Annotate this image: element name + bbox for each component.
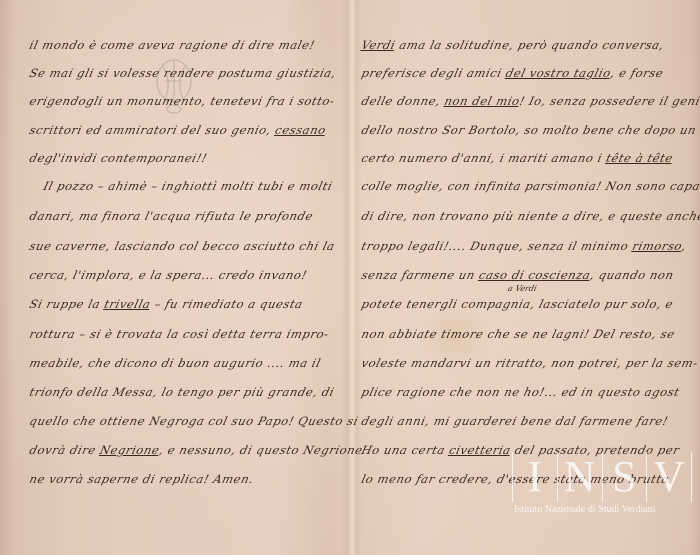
- handwritten-line: non abbiate timore che se ne lagni! Del …: [360, 327, 676, 341]
- left-page: il mondo è come aveva ragione di dire ma…: [28, 0, 338, 555]
- handwritten-line: preferisce degli amici del vostro taglio…: [360, 66, 665, 80]
- underlined-word: del vostro taglio: [504, 66, 612, 80]
- handwritten-line: Si ruppe la trivella – fu rimediato a qu…: [28, 297, 305, 311]
- watermark-letter: N: [558, 452, 603, 502]
- handwritten-line: potete tenergli compagnia, lasciatelo pu…: [360, 297, 675, 311]
- watermark-subtitle: Istituto Nazionale di Studi Verdiani: [512, 504, 692, 515]
- handwritten-line: sue caverne, lasciando col becco asciutt…: [28, 239, 337, 253]
- watermark-letter: V: [647, 452, 692, 502]
- handwritten-line: plice ragione che non ne ho!... ed in qu…: [360, 385, 681, 399]
- watermark-letters: I N S V: [512, 452, 692, 502]
- handwritten-line: certo numero d'anni, i mariti amano i tê…: [360, 151, 675, 165]
- handwritten-line: Se mai gli si volesse rendere postuma gi…: [28, 66, 338, 80]
- handwritten-line: Il pozzo – ahimè – inghiottì molti tubi …: [42, 179, 334, 193]
- handwritten-line: trionfo della Messa, lo tengo per più gr…: [28, 385, 336, 399]
- underlined-word: rimorso: [631, 239, 684, 253]
- handwritten-line: cerca, l'implora, e la spera... credo in…: [28, 268, 309, 282]
- handwritten-line: colle moglie, con infinita parsimonia! N…: [360, 179, 700, 193]
- paper-left-edge: [0, 0, 14, 555]
- underlined-word: non del mio: [443, 94, 521, 108]
- underlined-word: trivella: [103, 297, 153, 311]
- underlined-word: tête à tête: [605, 151, 675, 165]
- handwritten-line: dovrà dire Negrione, e nessuno, di quest…: [28, 443, 365, 457]
- letter-scan: il mondo è come aveva ragione di dire ma…: [0, 0, 700, 555]
- watermark-letter: I: [513, 452, 558, 502]
- watermark-letter: S: [603, 452, 648, 502]
- handwritten-line: il mondo è come aveva ragione di dire ma…: [28, 38, 317, 52]
- handwritten-line: degl'invidi contemporanei!!: [28, 151, 209, 165]
- handwritten-line: scrittori ed ammiratori del suo genio, c…: [28, 123, 328, 137]
- underlined-word: Verdi: [360, 38, 397, 52]
- handwritten-line: danari, ma finora l'acqua rifiuta le pro…: [28, 209, 315, 223]
- handwritten-line: senza farmene un caso di coscienza, quan…: [360, 268, 675, 282]
- handwritten-line: dello nostro Sor Bortolo, so molto bene …: [360, 123, 698, 137]
- handwritten-line: troppo legali!.... Dunque, senza il mini…: [360, 239, 688, 253]
- interlinear-insertion: a Verdi: [507, 284, 538, 293]
- handwritten-line: quello che ottiene Negroga col suo Papo!…: [28, 414, 360, 428]
- handwritten-line: di dire, non trovano più niente a dire, …: [360, 209, 700, 223]
- underlined-word: caso di coscienza: [478, 268, 593, 282]
- insv-watermark: I N S V Istituto Nazionale di Studi Verd…: [512, 452, 692, 530]
- handwritten-line: erigendogli un monumento, tenetevi fra i…: [28, 94, 336, 108]
- handwritten-line: ne vorrà saperne di replica! Amen.: [28, 472, 255, 486]
- center-fold: [340, 0, 362, 555]
- handwritten-line: Verdi ama la solitudine, però quando con…: [360, 38, 666, 52]
- handwritten-line: degli anni, mi guarderei bene dal farmen…: [360, 414, 670, 428]
- handwritten-line: delle donne, non del mio! Io, senza poss…: [360, 94, 700, 108]
- underlined-word: Negrione: [98, 443, 161, 457]
- handwritten-line: meabile, che dicono di buon augurio ....…: [28, 356, 322, 370]
- underlined-word: civetteria: [448, 443, 513, 457]
- handwritten-line: voleste mandarvi un ritratto, non potrei…: [360, 356, 700, 370]
- handwritten-line: rottura – si è trovata la così detta ter…: [28, 327, 331, 341]
- underlined-word: cessano: [274, 123, 328, 137]
